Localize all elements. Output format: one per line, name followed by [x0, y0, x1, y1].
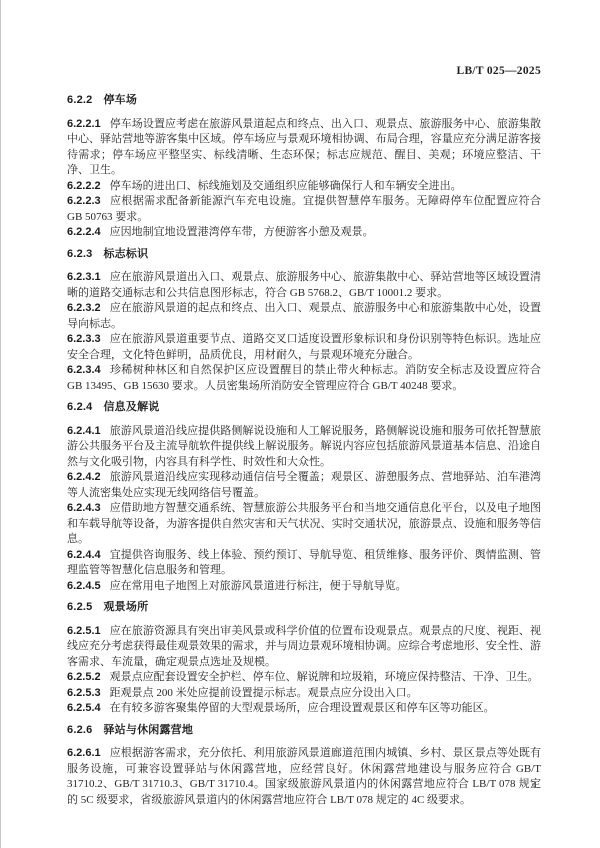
clause-number: 6.2.4.4: [67, 549, 101, 561]
clause: 6.2.6.1应根据游客需求，充分依托、利用旅游风景道廊道范围内城镇、乡村、景区…: [67, 746, 541, 808]
clause-number: 6.2.4.5: [67, 580, 101, 592]
clause: 6.2.4.1旅游风景道沿线应提供路侧解说设施和人工解说服务，路侧解说设施和服务…: [67, 424, 541, 471]
clause-number: 6.2.4.3: [67, 502, 101, 514]
clause-text: 宜提供咨询服务、线上体验、预约预订、导航导览、租赁维修、服务评价、舆情监测、管理…: [67, 549, 541, 577]
section-number: 6.2.5: [67, 601, 92, 613]
clause-number: 6.2.3.2: [67, 302, 101, 314]
clause-number: 6.2.3.3: [67, 333, 101, 345]
clause-text: 应根据需求配备新能源汽车充电设施。宜提供智慧停车服务。无障碍停车位配置应符合 G…: [67, 195, 541, 223]
clause-text: 停车场设置应考虑在旅游风景道起点和终点、出入口、观景点、旅游服务中心、旅游集散中…: [67, 118, 541, 177]
clause-number: 6.2.5.4: [67, 702, 101, 714]
clause-number: 6.2.6.1: [67, 747, 101, 759]
clause-text: 应因地制宜地设置港湾停车带，方便游客小憩及观景。: [110, 226, 374, 238]
clause-text: 观景点应配套设置安全护栏、停车位、解说牌和垃圾箱，环境应保持整洁、干净、卫生。: [110, 671, 539, 683]
clause: 6.2.5.1应在旅游资源具有突出审美风景或科学价值的位置布设观景点。观景点的尺…: [67, 624, 541, 671]
clause-number: 6.2.2.1: [67, 118, 101, 130]
section-heading: 6.2.2停车场: [67, 93, 541, 109]
clause-text: 应在旅游资源具有突出审美风景或科学价值的位置布设观景点。观景点的尺度、视距、视线…: [67, 625, 541, 668]
clause: 6.2.5.3距观景点 200 米处应提前设置提示标志。观景点应分设出入口。: [67, 686, 541, 702]
clause: 6.2.5.4在有较多游客聚集停留的大型观景场所，应合理设置观景区和停车区等功能…: [67, 701, 541, 717]
clause-number: 6.2.4.1: [67, 425, 101, 437]
clause-text: 应借助地方智慧交通系统、智慧旅游公共服务平台和当地交通信息化平台，以及电子地图和…: [67, 502, 541, 545]
clause-number: 6.2.5.1: [67, 625, 101, 637]
clause-text: 应在旅游风景道出入口、观景点、旅游服务中心、旅游集散中心、驿站营地等区域设置清晰…: [67, 271, 541, 299]
clause-number: 6.2.4.2: [67, 471, 101, 483]
clause-text: 应根据游客需求，充分依托、利用旅游风景道廊道范围内城镇、乡村、景区景点等处既有服…: [67, 747, 541, 806]
clause: 6.2.2.1停车场设置应考虑在旅游风景道起点和终点、出入口、观景点、旅游服务中…: [67, 117, 541, 179]
clause-text: 应在旅游风景道重要节点、道路交叉口适度设置形象标识和身份识别等特色标识。选址应安…: [67, 333, 541, 361]
clause-text: 珍稀树种林区和自然保护区应设置醒目的禁止带火种标志。消防安全标志及设置应符合 G…: [67, 364, 541, 392]
section-heading: 6.2.6驿站与休闲露营地: [67, 723, 541, 739]
clause-number: 6.2.2.3: [67, 195, 101, 207]
clause: 6.2.5.2观景点应配套设置安全护栏、停车位、解说牌和垃圾箱，环境应保持整洁、…: [67, 670, 541, 686]
section-number: 6.2.4: [67, 401, 92, 413]
section-title: 信息及解说: [103, 401, 159, 413]
clause-text: 旅游风景道沿线应实现移动通信信号全覆盖；观景区、游憩服务点、营地驿站、泊车港湾等…: [67, 471, 541, 499]
clause: 6.2.3.4珍稀树种林区和自然保护区应设置醒目的禁止带火种标志。消防安全标志及…: [67, 363, 541, 394]
standard-code-header: LB/T 025—2025: [456, 65, 541, 77]
clause-text: 停车场的进出口、标线施划及交通组织应能够确保行人和车辆安全进出。: [110, 180, 462, 192]
section-parking: 6.2.2停车场 6.2.2.1停车场设置应考虑在旅游风景道起点和终点、出入口、…: [67, 93, 541, 241]
clause-number: 6.2.2.4: [67, 226, 101, 238]
section-title: 驿站与休闲露营地: [103, 724, 193, 736]
document-body: 6.2.2停车场 6.2.2.1停车场设置应考虑在旅游风景道起点和终点、出入口、…: [67, 93, 541, 808]
clause-text: 距观景点 200 米处应提前设置提示标志。观景点应分设出入口。: [110, 687, 418, 699]
clause-text: 应在旅游风景道的起点和终点、出入口、观景点、旅游服务中心和旅游集散中心处，设置导…: [67, 302, 541, 330]
clause-number: 6.2.5.2: [67, 671, 101, 683]
clause: 6.2.4.3应借助地方智慧交通系统、智慧旅游公共服务平台和当地交通信息化平台，…: [67, 501, 541, 548]
section-number: 6.2.2: [67, 94, 92, 106]
clause-text: 旅游风景道沿线应提供路侧解说设施和人工解说服务，路侧解说设施和服务可依托智慧旅游…: [67, 425, 541, 468]
clause-text: 在有较多游客聚集停留的大型观景场所，应合理设置观景区和停车区等功能区。: [110, 702, 495, 714]
section-heading: 6.2.4信息及解说: [67, 400, 541, 416]
clause-text: 应在常用电子地图上对旅游风景道进行标注，便于导航导览。: [110, 580, 407, 592]
scan-edge-artifact: [0, 0, 1, 848]
document-page: LB/T 025—2025 6.2.2停车场 6.2.2.1停车场设置应考虑在旅…: [0, 0, 600, 848]
section-title: 观景场所: [103, 601, 148, 613]
section-signage: 6.2.3标志标识 6.2.3.1应在旅游风景道出入口、观景点、旅游服务中心、旅…: [67, 247, 541, 395]
clause-number: 6.2.3.1: [67, 271, 101, 283]
clause-number: 6.2.3.4: [67, 364, 101, 376]
section-title: 标志标识: [103, 248, 148, 260]
clause: 6.2.3.3应在旅游风景道重要节点、道路交叉口适度设置形象标识和身份识别等特色…: [67, 332, 541, 363]
clause: 6.2.4.2旅游风景道沿线应实现移动通信信号全覆盖；观景区、游憩服务点、营地驿…: [67, 470, 541, 501]
section-title: 停车场: [103, 94, 137, 106]
clause: 6.2.4.4宜提供咨询服务、线上体验、预约预订、导航导览、租赁维修、服务评价、…: [67, 548, 541, 579]
page-number: 3: [531, 780, 536, 791]
clause: 6.2.2.3应根据需求配备新能源汽车充电设施。宜提供智慧停车服务。无障碍停车位…: [67, 194, 541, 225]
clause-number: 6.2.2.2: [67, 180, 101, 192]
clause: 6.2.2.2停车场的进出口、标线施划及交通组织应能够确保行人和车辆安全进出。: [67, 179, 541, 195]
section-number: 6.2.6: [67, 724, 92, 736]
section-heading: 6.2.3标志标识: [67, 247, 541, 263]
section-information: 6.2.4信息及解说 6.2.4.1旅游风景道沿线应提供路侧解说设施和人工解说服…: [67, 400, 541, 594]
clause: 6.2.2.4应因地制宜地设置港湾停车带，方便游客小憩及观景。: [67, 225, 541, 241]
section-number: 6.2.3: [67, 248, 92, 260]
clause: 6.2.4.5应在常用电子地图上对旅游风景道进行标注，便于导航导览。: [67, 579, 541, 595]
clause: 6.2.3.1应在旅游风景道出入口、观景点、旅游服务中心、旅游集散中心、驿站营地…: [67, 270, 541, 301]
clause-number: 6.2.5.3: [67, 687, 101, 699]
clause: 6.2.3.2应在旅游风景道的起点和终点、出入口、观景点、旅游服务中心和旅游集散…: [67, 301, 541, 332]
section-viewing-areas: 6.2.5观景场所 6.2.5.1应在旅游资源具有突出审美风景或科学价值的位置布…: [67, 600, 541, 717]
section-heading: 6.2.5观景场所: [67, 600, 541, 616]
section-stations-campgrounds: 6.2.6驿站与休闲露营地 6.2.6.1应根据游客需求，充分依托、利用旅游风景…: [67, 723, 541, 809]
